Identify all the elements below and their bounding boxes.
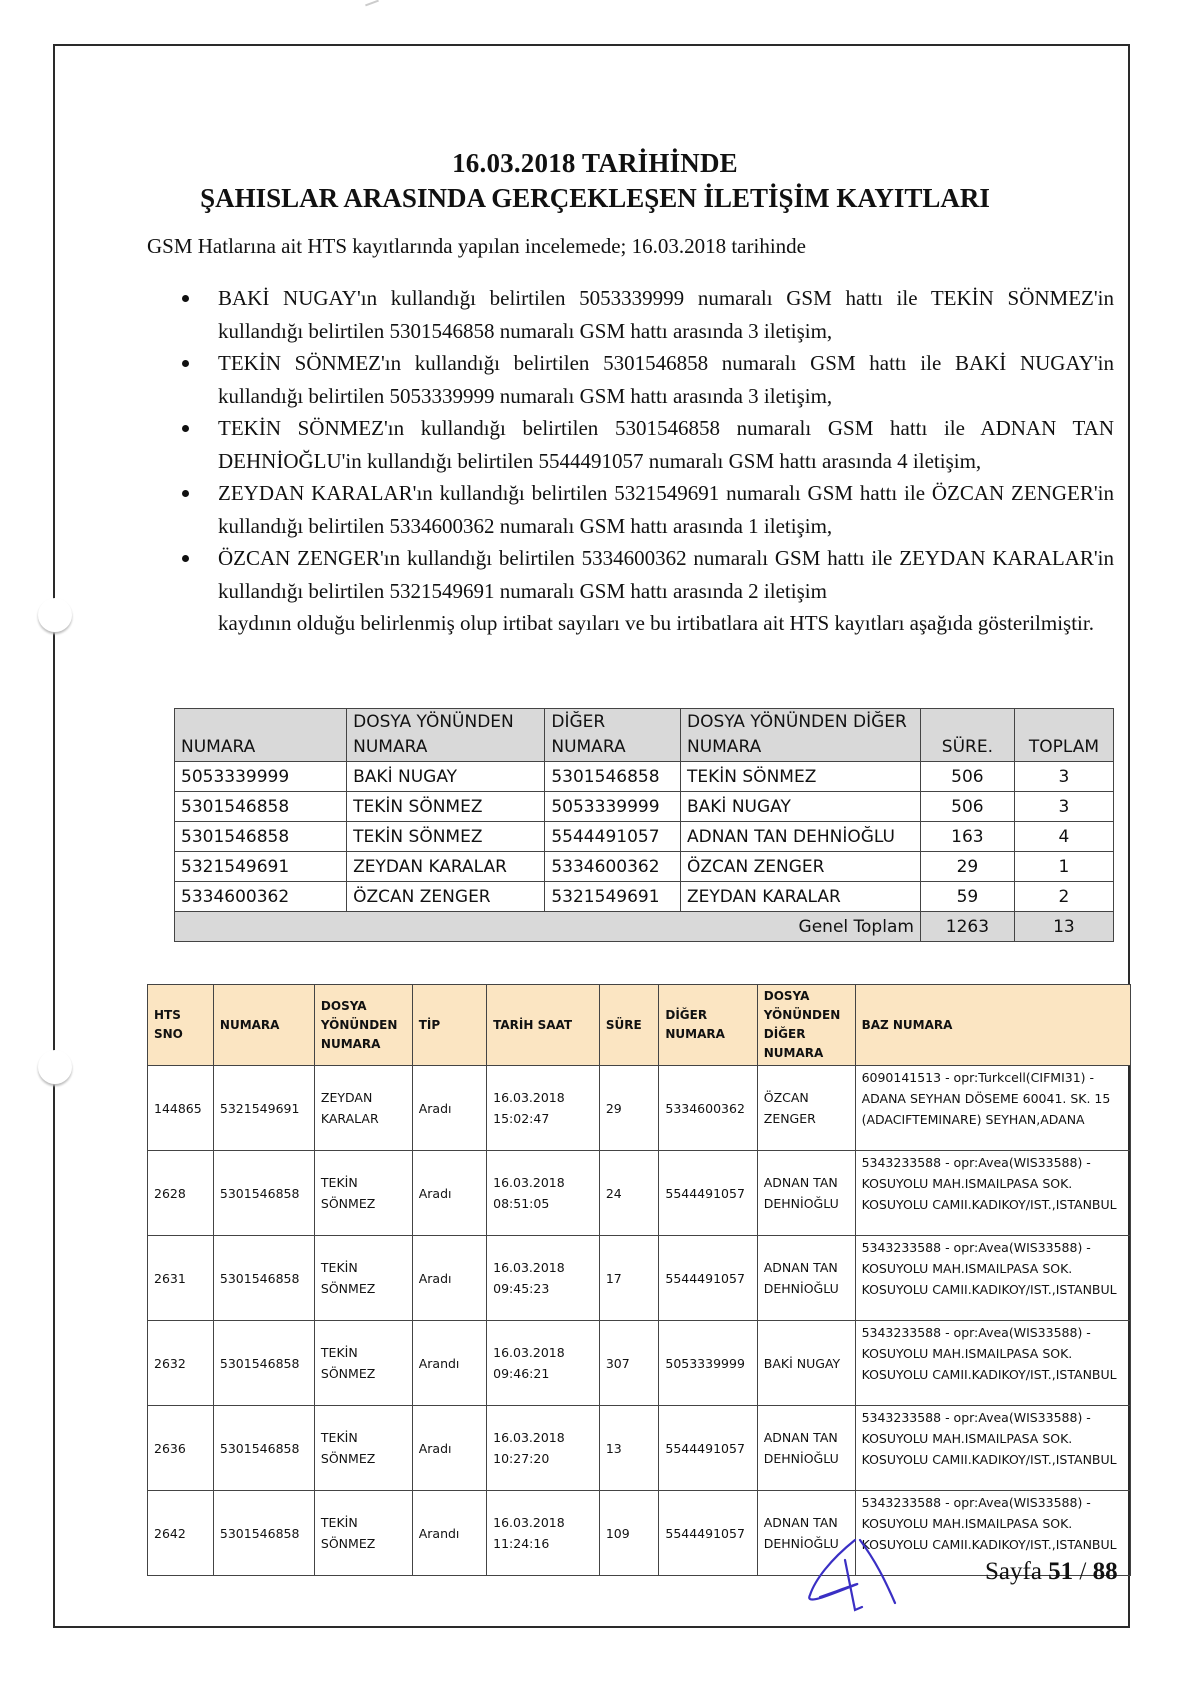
table-cell: 5544491057	[659, 1406, 757, 1491]
total-duration: 1263	[920, 912, 1014, 942]
table-cell: 13	[599, 1406, 659, 1491]
table-cell: 5053339999	[175, 762, 347, 792]
table-cell: 5544491057	[545, 822, 681, 852]
table-cell: 5053339999	[659, 1321, 757, 1406]
table-cell: 5321549691	[545, 882, 681, 912]
table-row: 1448655321549691ZEYDAN KARALARAradı16.03…	[148, 1066, 1131, 1151]
table-cell: 59	[920, 882, 1014, 912]
summary-header-row: NUMARA DOSYA YÖNÜNDEN NUMARA DİĞER NUMAR…	[175, 709, 1114, 762]
table-cell: 109	[599, 1491, 659, 1576]
table-cell: 5343233588 - opr:Avea(WIS33588) - KOSUYO…	[855, 1321, 1130, 1406]
bullet-icon	[182, 295, 189, 302]
col-header: DİĞER NUMARA	[659, 985, 757, 1066]
table-cell: 5301546858	[213, 1321, 314, 1406]
bullet-item: TEKİN SÖNMEZ'ın kullandığı belirtilen 53…	[170, 412, 1114, 477]
table-cell: 163	[920, 822, 1014, 852]
table-cell: Arandı	[412, 1491, 486, 1576]
table-cell: 2	[1014, 882, 1113, 912]
table-cell: 2632	[148, 1321, 214, 1406]
table-cell: 16.03.2018 09:45:23	[487, 1236, 600, 1321]
table-cell: Aradı	[412, 1406, 486, 1491]
col-header: DİĞER NUMARA	[545, 709, 681, 762]
table-cell: 1	[1014, 852, 1113, 882]
intro-text: GSM Hatlarına ait HTS kayıtlarında yapıl…	[147, 234, 806, 259]
table-row: 26325301546858TEKİN SÖNMEZArandı16.03.20…	[148, 1321, 1131, 1406]
table-cell: Arandı	[412, 1321, 486, 1406]
table-cell: 5301546858	[175, 822, 347, 852]
table-cell: 3	[1014, 762, 1113, 792]
table-cell: 5544491057	[659, 1491, 757, 1576]
table-cell: ADNAN TAN DEHNİOĞLU	[757, 1236, 855, 1321]
table-cell: 2631	[148, 1236, 214, 1321]
table-cell: TEKİN SÖNMEZ	[314, 1491, 412, 1576]
scan-mark	[365, 0, 379, 6]
table-cell: 5343233588 - opr:Avea(WIS33588) - KOSUYO…	[855, 1406, 1130, 1491]
bullet-item: ZEYDAN KARALAR'ın kullandığı belirtilen …	[170, 477, 1114, 542]
table-cell: ÖZCAN ZENGER	[347, 882, 545, 912]
table-cell: 5301546858	[545, 762, 681, 792]
table-cell: 16.03.2018 09:46:21	[487, 1321, 600, 1406]
col-header: NUMARA	[213, 985, 314, 1066]
table-cell: TEKİN SÖNMEZ	[347, 792, 545, 822]
table-cell: 17	[599, 1236, 659, 1321]
total-count: 13	[1014, 912, 1113, 942]
table-cell: ZEYDAN KARALAR	[314, 1066, 412, 1151]
table-cell: TEKİN SÖNMEZ	[314, 1151, 412, 1236]
table-cell: ADNAN TAN DEHNİOĞLU	[757, 1406, 855, 1491]
table-cell: ÖZCAN ZENGER	[757, 1066, 855, 1151]
table-cell: 2642	[148, 1491, 214, 1576]
page-number: Sayfa 51 / 88	[985, 1558, 1118, 1586]
col-header: TİP	[412, 985, 486, 1066]
table-cell: TEKİN SÖNMEZ	[347, 822, 545, 852]
table-cell: 5301546858	[175, 792, 347, 822]
table-cell: 16.03.2018 11:24:16	[487, 1491, 600, 1576]
hts-records-table: HTS SNONUMARADOSYA YÖNÜNDEN NUMARATİPTAR…	[147, 984, 1131, 1576]
page-title: 16.03.2018 TARİHİNDE	[0, 148, 1190, 179]
table-row: 5301546858TEKİN SÖNMEZ5544491057ADNAN TA…	[175, 822, 1114, 852]
table-row: 5053339999BAKİ NUGAY5301546858TEKİN SÖNM…	[175, 762, 1114, 792]
table-cell: TEKİN SÖNMEZ	[314, 1236, 412, 1321]
table-row: 26285301546858TEKİN SÖNMEZAradı16.03.201…	[148, 1151, 1131, 1236]
col-header: DOSYA YÖNÜNDEN NUMARA	[347, 709, 545, 762]
bullet-item: BAKİ NUGAY'ın kullandığı belirtilen 5053…	[170, 282, 1114, 347]
table-row: 5301546858TEKİN SÖNMEZ5053339999BAKİ NUG…	[175, 792, 1114, 822]
table-row: 5334600362ÖZCAN ZENGER5321549691ZEYDAN K…	[175, 882, 1114, 912]
table-cell: 5334600362	[659, 1066, 757, 1151]
table-cell: 6090141513 - opr:Turkcell(CIFMI31) - ADA…	[855, 1066, 1130, 1151]
table-cell: 5321549691	[175, 852, 347, 882]
col-header: TARİH SAAT	[487, 985, 600, 1066]
table-cell: 144865	[148, 1066, 214, 1151]
col-header: SÜRE	[599, 985, 659, 1066]
table-cell: ZEYDAN KARALAR	[680, 882, 920, 912]
table-cell: TEKİN SÖNMEZ	[314, 1321, 412, 1406]
bullet-icon	[182, 490, 189, 497]
col-header: DOSYA YÖNÜNDEN NUMARA	[314, 985, 412, 1066]
table-cell: 29	[599, 1066, 659, 1151]
summary-total-row: Genel Toplam 1263 13	[175, 912, 1114, 942]
table-cell: 5544491057	[659, 1236, 757, 1321]
table-cell: 5301546858	[213, 1406, 314, 1491]
col-header: HTS SNO	[148, 985, 214, 1066]
contact-bullet-list: BAKİ NUGAY'ın kullandığı belirtilen 5053…	[170, 282, 1114, 640]
table-cell: 29	[920, 852, 1014, 882]
col-header: DOSYA YÖNÜNDEN DİĞER NUMARA	[757, 985, 855, 1066]
table-cell: Aradı	[412, 1066, 486, 1151]
table-cell: 506	[920, 792, 1014, 822]
col-header: DOSYA YÖNÜNDEN DİĞER NUMARA	[680, 709, 920, 762]
table-cell: 5334600362	[545, 852, 681, 882]
bullet-item: ÖZCAN ZENGER'ın kullandığı belirtilen 53…	[170, 542, 1114, 607]
col-header: NUMARA	[175, 709, 347, 762]
table-cell: TEKİN SÖNMEZ	[314, 1406, 412, 1491]
closing-text: kaydının olduğu belirlenmiş olup irtibat…	[170, 607, 1114, 640]
table-cell: 506	[920, 762, 1014, 792]
table-cell: 5544491057	[659, 1151, 757, 1236]
table-cell: 5321549691	[213, 1066, 314, 1151]
table-cell: 5301546858	[213, 1236, 314, 1321]
table-cell: ÖZCAN ZENGER	[680, 852, 920, 882]
punch-hole	[38, 598, 72, 632]
table-cell: BAKİ NUGAY	[757, 1321, 855, 1406]
punch-hole	[38, 1050, 72, 1084]
table-cell: ZEYDAN KARALAR	[347, 852, 545, 882]
table-cell: 3	[1014, 792, 1113, 822]
table-cell: 5053339999	[545, 792, 681, 822]
table-cell: 5301546858	[213, 1491, 314, 1576]
table-cell: 307	[599, 1321, 659, 1406]
table-cell: Aradı	[412, 1236, 486, 1321]
page-subtitle: ŞAHISLAR ARASINDA GERÇEKLEŞEN İLETİŞİM K…	[0, 183, 1190, 214]
table-cell: TEKİN SÖNMEZ	[680, 762, 920, 792]
table-cell: 4	[1014, 822, 1113, 852]
col-header: TOPLAM	[1014, 709, 1113, 762]
table-cell: 16.03.2018 15:02:47	[487, 1066, 600, 1151]
table-cell: 5301546858	[213, 1151, 314, 1236]
table-row: 26425301546858TEKİN SÖNMEZArandı16.03.20…	[148, 1491, 1131, 1576]
table-row: 5321549691ZEYDAN KARALAR5334600362ÖZCAN …	[175, 852, 1114, 882]
table-cell: 2636	[148, 1406, 214, 1491]
table-cell: 24	[599, 1151, 659, 1236]
table-cell: 5343233588 - opr:Avea(WIS33588) - KOSUYO…	[855, 1236, 1130, 1321]
col-header: SÜRE.	[920, 709, 1014, 762]
signature-icon	[800, 1535, 920, 1620]
table-cell: BAKİ NUGAY	[347, 762, 545, 792]
table-cell: 5334600362	[175, 882, 347, 912]
table-cell: Aradı	[412, 1151, 486, 1236]
table-row: 26315301546858TEKİN SÖNMEZAradı16.03.201…	[148, 1236, 1131, 1321]
table-cell: BAKİ NUGAY	[680, 792, 920, 822]
hts-header-row: HTS SNONUMARADOSYA YÖNÜNDEN NUMARATİPTAR…	[148, 985, 1131, 1066]
table-row: 26365301546858TEKİN SÖNMEZAradı16.03.201…	[148, 1406, 1131, 1491]
table-cell: 5343233588 - opr:Avea(WIS33588) - KOSUYO…	[855, 1151, 1130, 1236]
bullet-icon	[182, 425, 189, 432]
table-cell: 2628	[148, 1151, 214, 1236]
summary-table: NUMARA DOSYA YÖNÜNDEN NUMARA DİĞER NUMAR…	[174, 708, 1114, 942]
table-cell: 16.03.2018 10:27:20	[487, 1406, 600, 1491]
table-cell: 16.03.2018 08:51:05	[487, 1151, 600, 1236]
bullet-item: TEKİN SÖNMEZ'ın kullandığı belirtilen 53…	[170, 347, 1114, 412]
bullet-icon	[182, 360, 189, 367]
col-header: BAZ NUMARA	[855, 985, 1130, 1066]
bullet-icon	[182, 555, 189, 562]
table-cell: ADNAN TAN DEHNİOĞLU	[680, 822, 920, 852]
total-label: Genel Toplam	[175, 912, 921, 942]
table-cell: ADNAN TAN DEHNİOĞLU	[757, 1151, 855, 1236]
